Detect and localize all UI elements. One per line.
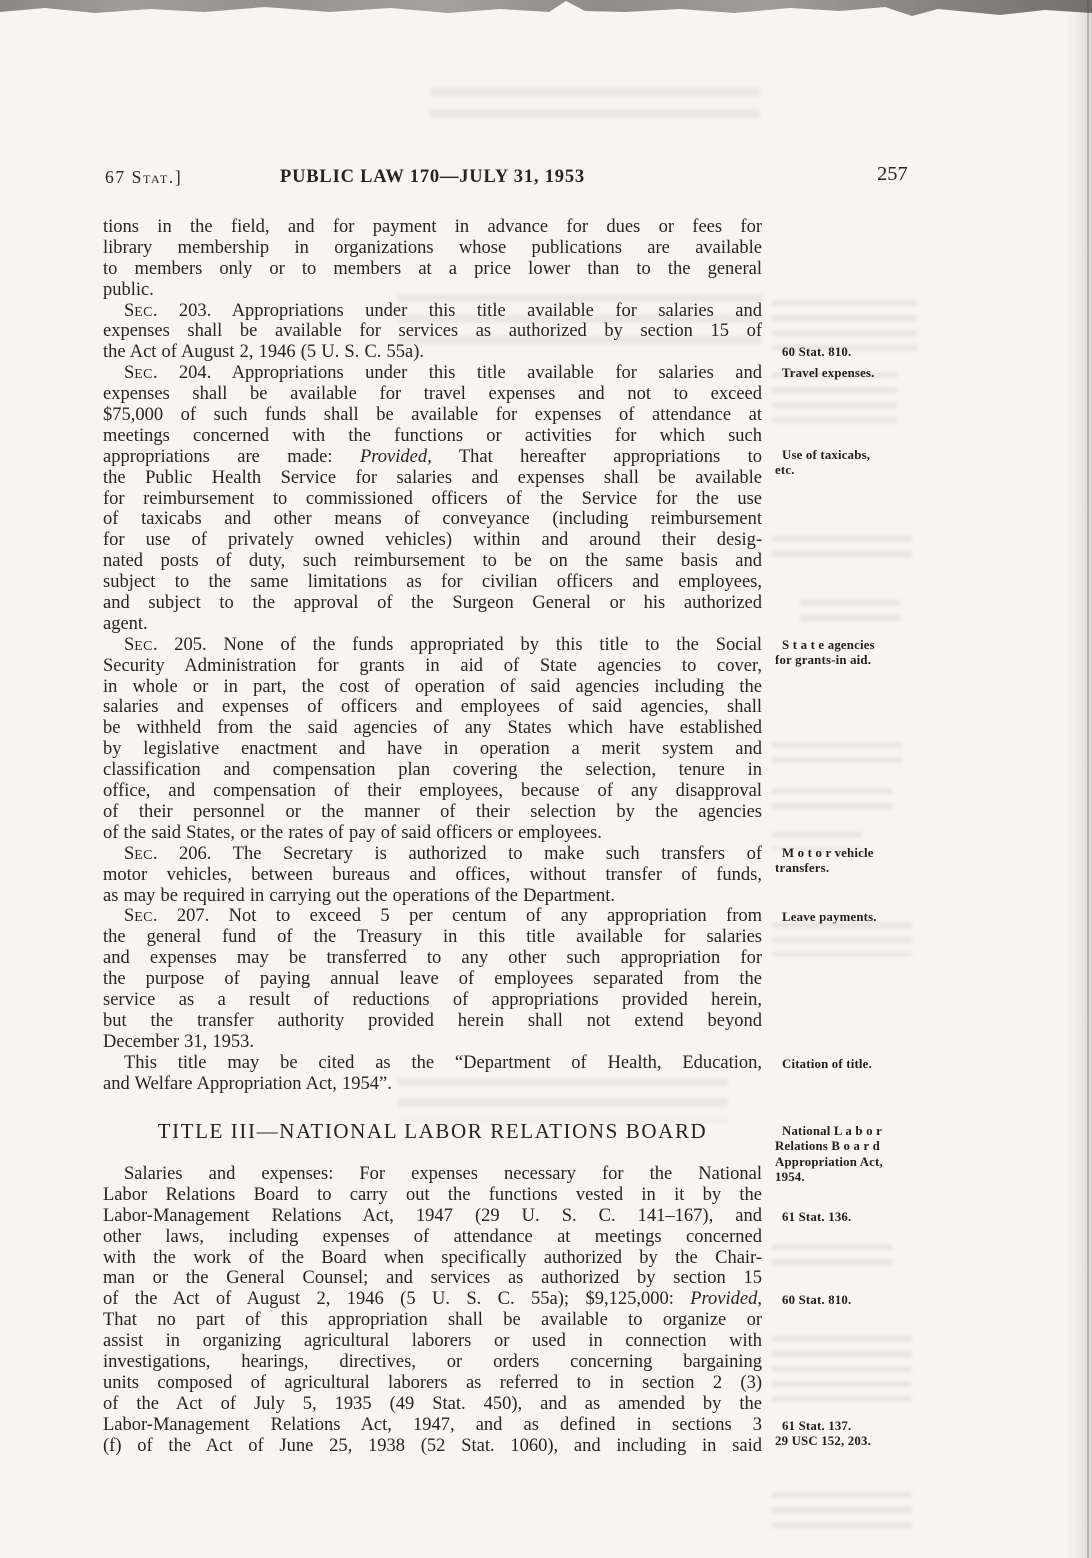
body-line: the Public Health Service for salaries a… [103, 468, 762, 489]
body-line: of the said States, or the rates of pay … [103, 823, 762, 844]
body-line: of their personnel or the manner of thei… [103, 802, 762, 823]
scan-right-edge-line [1087, 0, 1089, 1558]
body-column-upper: tions in the field, and for payment in a… [103, 217, 762, 1094]
margin-note-line: M o t o r vehicle [775, 846, 925, 861]
body-line: $75,000 of such funds shall be available… [103, 405, 762, 426]
body-line: service as a result of reductions of app… [103, 990, 762, 1011]
scan-smudge [772, 536, 912, 562]
body-line: December 31, 1953. [103, 1032, 762, 1053]
margin-note: 61 Stat. 137.29 USC 152, 203. [775, 1419, 925, 1450]
body-line: and subject to the approval of the Surge… [103, 593, 762, 614]
body-line: in whole or in part, the cost of operati… [103, 677, 762, 698]
header-page-number: 257 [877, 163, 908, 186]
body-column-lower: Salaries and expenses: For expenses nece… [103, 1164, 762, 1456]
margin-note-line: National L a b o r [775, 1124, 925, 1139]
body-line: of the Act of August 2, 1946 (5 U. S. C.… [103, 1289, 762, 1310]
body-line: of taxicabs and other means of conveyanc… [103, 509, 762, 530]
body-line: by legislative enactment and have in ope… [103, 739, 762, 760]
body-line: Labor Relations Board to carry out the f… [103, 1185, 762, 1206]
margin-note-line: Citation of title. [775, 1057, 925, 1072]
body-line: for reimbursement to commissioned office… [103, 489, 762, 510]
body-line: SEC. 205. None of the funds appropriated… [103, 635, 762, 656]
margin-note-line: S t a t e agencies [775, 638, 925, 653]
body-line: office, and compensation of their employ… [103, 781, 762, 802]
margin-note-line: 61 Stat. 136. [775, 1210, 925, 1225]
margin-note: Use of taxicabs,etc. [775, 448, 925, 479]
body-line: Security Administration for grants in ai… [103, 656, 762, 677]
margin-note: Citation of title. [775, 1057, 925, 1072]
margin-note-line: etc. [775, 463, 925, 478]
scan-smudge [772, 788, 892, 812]
margin-note-line: 60 Stat. 810. [775, 1293, 925, 1308]
margin-note-line: Appropriation Act, [775, 1155, 925, 1170]
scan-smudge [430, 88, 760, 126]
margin-note: Leave payments. [775, 910, 925, 925]
body-line: investigations, hearings, directives, or… [103, 1352, 762, 1373]
margin-note: National L a b o rRelations B o a r dApp… [775, 1124, 925, 1186]
body-line: expenses shall be available for travel e… [103, 384, 762, 405]
margin-note: 61 Stat. 136. [775, 1210, 925, 1225]
body-line: expenses shall be available for services… [103, 321, 762, 342]
body-line: units composed of agricultural laborers … [103, 1373, 762, 1394]
margin-note-line: 61 Stat. 137. [775, 1419, 925, 1434]
body-line: the Act of August 2, 1946 (5 U. S. C. 55… [103, 342, 762, 363]
scan-smudge [772, 1244, 892, 1270]
body-line: SEC. 207. Not to exceed 5 per centum of … [103, 906, 762, 927]
margin-note: M o t o r vehicletransfers. [775, 846, 925, 877]
margin-note-line: for grants-in aid. [775, 653, 925, 668]
body-line: to members only or to members at a price… [103, 259, 762, 280]
body-line: SEC. 204. Appropriations under this titl… [103, 363, 762, 384]
margin-note: 60 Stat. 810. [775, 1293, 925, 1308]
body-line: motor vehicles, between bureaus and offi… [103, 865, 762, 886]
margin-note-line: 1954. [775, 1170, 925, 1185]
body-line: with the work of the Board when specific… [103, 1248, 762, 1269]
body-line: That no part of this appropriation shall… [103, 1310, 762, 1331]
body-line: This title may be cited as the “Departme… [103, 1053, 762, 1074]
margin-note: S t a t e agenciesfor grants-in aid. [775, 638, 925, 669]
margin-note-line: 60 Stat. 810. [775, 345, 925, 360]
body-line: salaries and expenses of officers and em… [103, 697, 762, 718]
title-iii-heading: TITLE III—NATIONAL LABOR RELATIONS BOARD [103, 1119, 762, 1143]
body-line: agent. [103, 614, 762, 635]
body-line: and Welfare Appropriation Act, 1954”. [103, 1074, 762, 1095]
margin-note-line: Travel expenses. [775, 366, 925, 381]
body-line: tions in the field, and for payment in a… [103, 217, 762, 238]
scan-smudge [772, 742, 902, 766]
scanned-statute-page: 67 Stat.] PUBLIC LAW 170—JULY 31, 1953 2… [0, 0, 1092, 1558]
body-line: public. [103, 280, 762, 301]
body-line: assist in organizing agricultural labore… [103, 1331, 762, 1352]
body-line: nated posts of duty, such reimbursement … [103, 551, 762, 572]
body-line: for use of privately owned vehicles) wit… [103, 530, 762, 551]
margin-note-line: Leave payments. [775, 910, 925, 925]
scan-top-edge-artifact [0, 0, 1092, 17]
body-line: appropriations are made: Provided, That … [103, 447, 762, 468]
body-line: subject to the same limitations as for c… [103, 572, 762, 593]
margin-note: Travel expenses. [775, 366, 925, 381]
header-law-title: PUBLIC LAW 170—JULY 31, 1953 [103, 167, 762, 188]
body-line: (f) of the Act of June 25, 1938 (52 Stat… [103, 1436, 762, 1457]
body-line: meetings concerned with the functions or… [103, 426, 762, 447]
body-line: Labor-Management Relations Act, 1947, an… [103, 1415, 762, 1436]
margin-note: 60 Stat. 810. [775, 345, 925, 360]
body-line: man or the General Counsel; and services… [103, 1268, 762, 1289]
margin-note-line: 29 USC 152, 203. [775, 1434, 925, 1449]
body-line: and expenses may be transferred to any o… [103, 948, 762, 969]
body-line: Labor-Management Relations Act, 1947 (29… [103, 1206, 762, 1227]
scan-smudge [772, 922, 912, 956]
body-line: SEC. 206. The Secretary is authorized to… [103, 844, 762, 865]
body-line: other laws, including expenses of attend… [103, 1227, 762, 1248]
margin-note-line: Use of taxicabs, [775, 448, 925, 463]
margin-note-line: Relations B o a r d [775, 1139, 925, 1154]
body-line: of the Act of July 5, 1935 (49 Stat. 450… [103, 1394, 762, 1415]
body-line: as may be required in carrying out the o… [103, 886, 762, 907]
scan-smudge [772, 1492, 912, 1532]
scan-smudge [772, 1336, 912, 1406]
margin-note-line: transfers. [775, 861, 925, 876]
body-line: the general fund of the Treasury in this… [103, 927, 762, 948]
scan-smudge [800, 600, 900, 622]
body-line: but the transfer authority provided here… [103, 1011, 762, 1032]
body-line: Salaries and expenses: For expenses nece… [103, 1164, 762, 1185]
body-line: SEC. 203. Appropriations under this titl… [103, 301, 762, 322]
body-line: classification and compensation plan cov… [103, 760, 762, 781]
body-line: the purpose of paying annual leave of em… [103, 969, 762, 990]
body-line: library membership in organizations whos… [103, 238, 762, 259]
body-line: be withheld from the said agencies of an… [103, 718, 762, 739]
